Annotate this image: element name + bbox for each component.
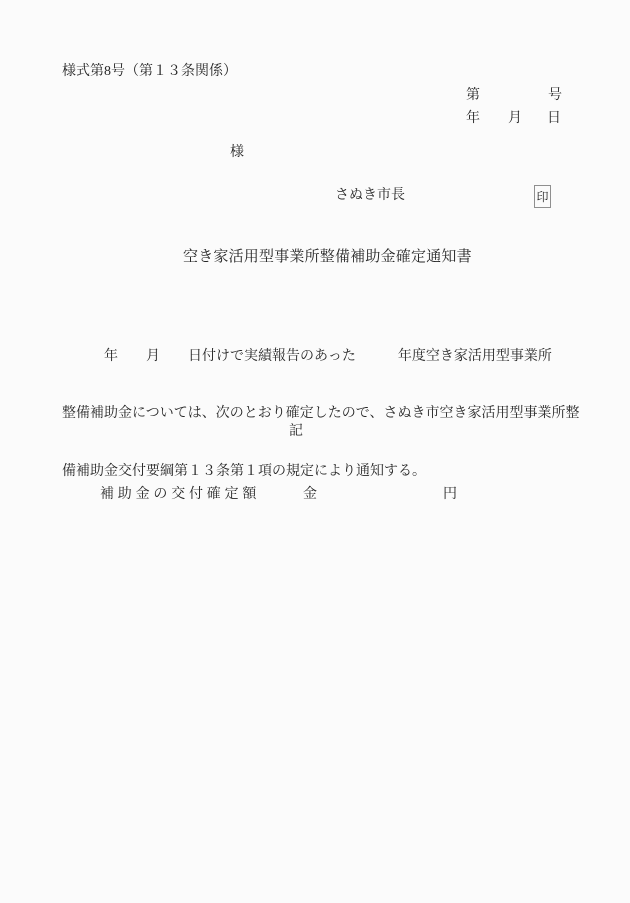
document-page: 様式第8号（第１３条関係） 第 号 年 月 日 様 さぬき市長 印 空き家活用型… bbox=[0, 0, 630, 903]
body-paragraph: 年 月 日付けで実績報告のあった 年度空き家活用型事業所 整備補助金については、… bbox=[62, 312, 582, 516]
body-line: 年 月 日付けで実績報告のあった 年度空き家活用型事業所 bbox=[62, 344, 582, 369]
date-month-label: 月 bbox=[508, 111, 522, 127]
doc-number-prefix-label: 第 bbox=[466, 88, 480, 104]
page-title: 空き家活用型事業所整備補助金確定通知書 bbox=[183, 249, 472, 266]
amount-currency-prefix: 金 bbox=[303, 487, 317, 503]
recipient-honorific: 様 bbox=[230, 145, 244, 161]
date-day-label: 日 bbox=[547, 111, 561, 127]
body-line: 備補助金交付要綱第１３条第１項の規定により通知する。 bbox=[62, 459, 582, 484]
sender-name: さぬき市長 bbox=[335, 188, 405, 204]
section-marker: 記 bbox=[289, 424, 303, 440]
form-number: 様式第8号（第１３条関係） bbox=[62, 64, 237, 80]
seal-box: 印 bbox=[534, 185, 551, 208]
body-line: 整備補助金については、次のとおり確定したので、さぬき市空き家活用型事業所整 bbox=[62, 401, 582, 426]
amount-label: 補助金の交付確定額 bbox=[100, 487, 260, 503]
doc-number-suffix-label: 号 bbox=[548, 88, 562, 104]
seal-mark: 印 bbox=[536, 191, 548, 203]
date-year-label: 年 bbox=[466, 111, 480, 127]
amount-unit: 円 bbox=[443, 487, 457, 503]
